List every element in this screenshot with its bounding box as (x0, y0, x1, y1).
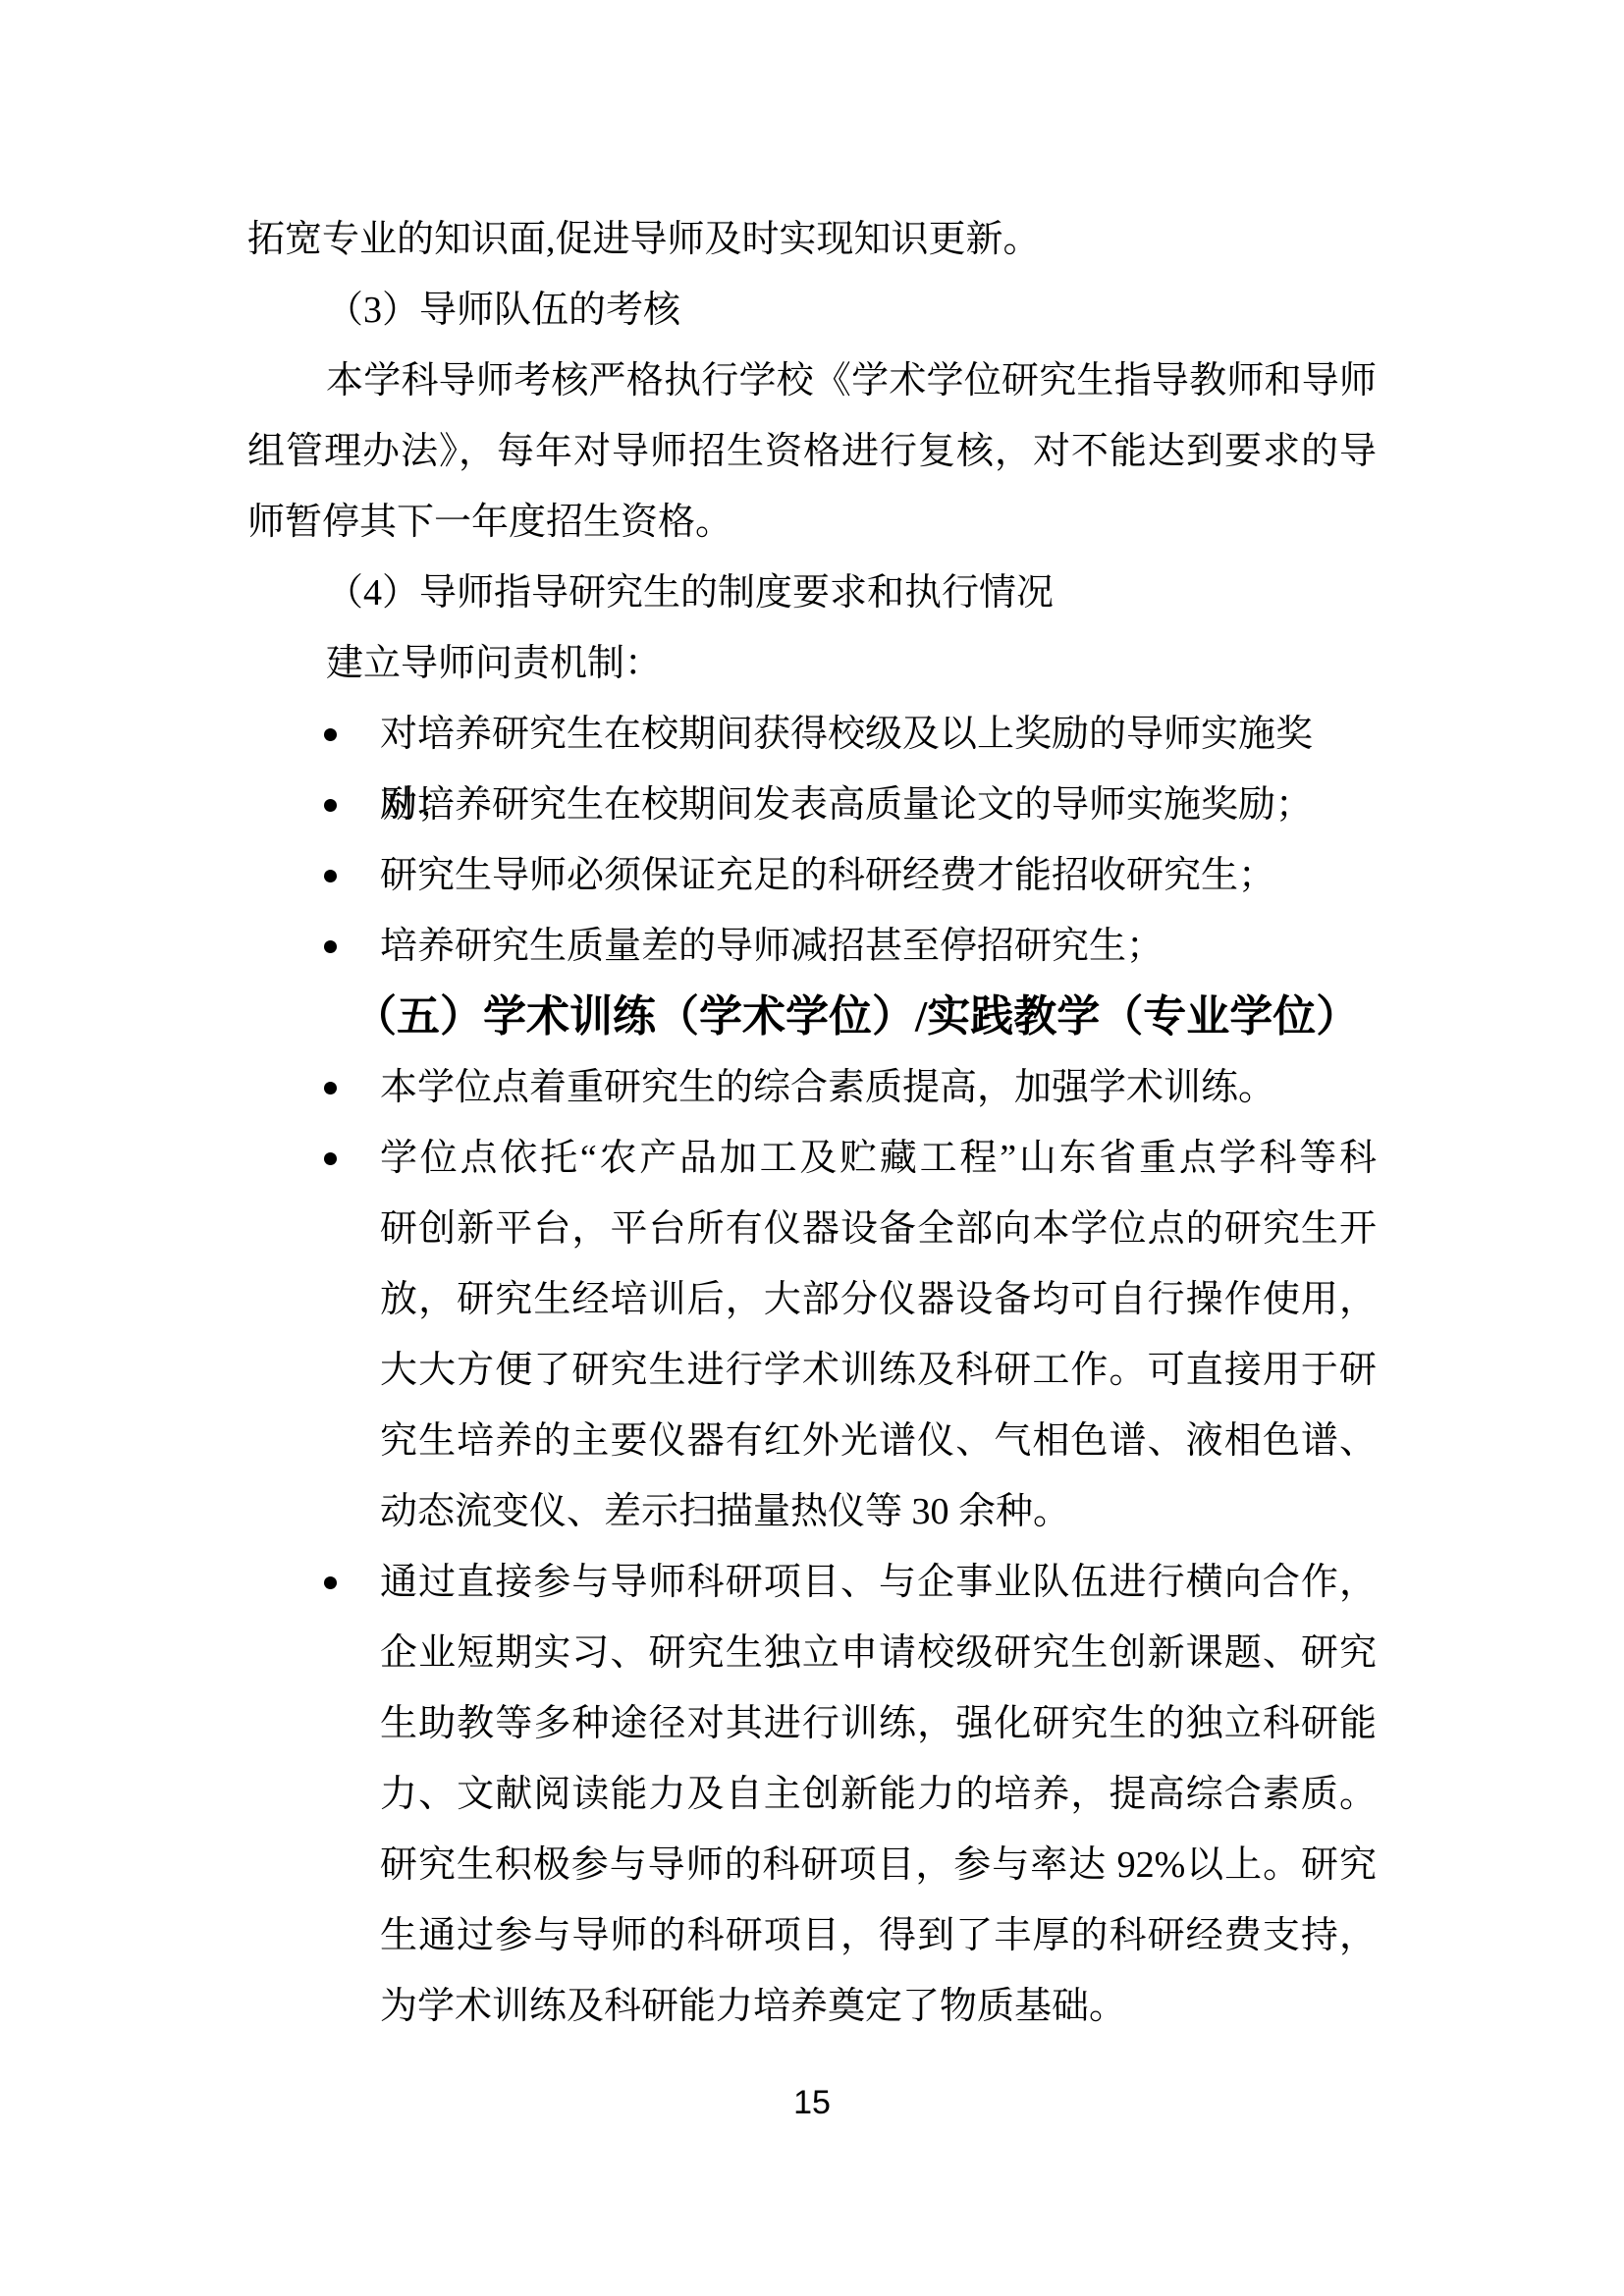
list-item-continuation: 研究生积极参与导师的科研项目，参与率达 92%以上。研究 (247, 1830, 1377, 1900)
document-page: 拓宽专业的知识面,促进导师及时实现知识更新。 （3）导师队伍的考核 本学科导师考… (0, 0, 1624, 2296)
paragraph-continuation-line: 拓宽专业的知识面,促进导师及时实现知识更新。 (247, 204, 1377, 275)
bullet-icon (324, 728, 337, 741)
bullet-icon (324, 1576, 337, 1589)
subheading-item-3: （3）导师队伍的考核 (247, 275, 1377, 346)
list-item-text: 本学位点着重研究生的综合素质提高，加强学术训练。 (380, 1067, 1275, 1108)
bullet-icon (324, 940, 337, 953)
bullet-icon (324, 1082, 337, 1095)
list-item-text: 学位点依托“农产品加工及贮藏工程”山东省重点学科等科 (380, 1138, 1377, 1179)
list-item-continuation: 研创新平台，平台所有仪器设备全部向本学位点的研究生开 (247, 1194, 1377, 1264)
list-item: 对培养研究生在校期间获得校级及以上奖励的导师实施奖励； (247, 699, 1377, 770)
bullet-icon (324, 870, 337, 882)
page-number: 15 (0, 2075, 1624, 2130)
list-item-continuation: 大大方便了研究生进行学术训练及科研工作。可直接用于研 (247, 1335, 1377, 1406)
list-item: 培养研究生质量差的导师减招甚至停招研究生； (247, 911, 1377, 982)
list-item-continuation: 力、文献阅读能力及自主创新能力的培养，提高综合素质。 (247, 1759, 1377, 1830)
section-heading-5: （五）学术训练（学术学位）/实践教学（专业学位） (247, 982, 1377, 1052)
paragraph-line: 组管理办法》，每年对导师招生资格进行复核，对不能达到要求的导 (247, 416, 1377, 487)
list-item-continuation: 生助教等多种途径对其进行训练，强化研究生的独立科研能 (247, 1688, 1377, 1759)
list-item: 通过直接参与导师科研项目、与企事业队伍进行横向合作， (247, 1547, 1377, 1618)
subheading-item-4: （4）导师指导研究生的制度要求和执行情况 (247, 558, 1377, 628)
paragraph-line: 建立导师问责机制： (247, 628, 1377, 699)
list-item-text: 通过直接参与导师科研项目、与企事业队伍进行横向合作， (380, 1562, 1377, 1603)
document-content: 拓宽专业的知识面,促进导师及时实现知识更新。 （3）导师队伍的考核 本学科导师考… (247, 204, 1377, 2042)
list-item-text: 培养研究生质量差的导师减招甚至停招研究生； (380, 926, 1164, 967)
list-item-continuation: 究生培养的主要仪器有红外光谱仪、气相色谱、液相色谱、 (247, 1406, 1377, 1476)
list-item-continuation: 放，研究生经培训后，大部分仪器设备均可自行操作使用， (247, 1264, 1377, 1335)
paragraph-line: 本学科导师考核严格执行学校《学术学位研究生指导教师和导师 (247, 346, 1377, 416)
list-item: 研究生导师必须保证充足的科研经费才能招收研究生； (247, 840, 1377, 911)
list-item: 本学位点着重研究生的综合素质提高，加强学术训练。 (247, 1052, 1377, 1123)
list-item-continuation: 动态流变仪、差示扫描量热仪等 30 余种。 (247, 1476, 1377, 1547)
list-item-text: 研究生导师必须保证充足的科研经费才能招收研究生； (380, 855, 1275, 896)
list-item-continuation: 为学术训练及科研能力培养奠定了物质基础。 (247, 1971, 1377, 2042)
list-item: 对培养研究生在校期间发表高质量论文的导师实施奖励； (247, 770, 1377, 840)
list-item-continuation: 生通过参与导师的科研项目，得到了丰厚的科研经费支持， (247, 1900, 1377, 1971)
list-item-text: 对培养研究生在校期间发表高质量论文的导师实施奖励； (380, 784, 1313, 826)
bullet-icon (324, 1152, 337, 1165)
bullet-icon (324, 799, 337, 812)
paragraph-line: 师暂停其下一年度招生资格。 (247, 487, 1377, 558)
list-item: 学位点依托“农产品加工及贮藏工程”山东省重点学科等科 (247, 1123, 1377, 1194)
list-item-continuation: 企业短期实习、研究生独立申请校级研究生创新课题、研究 (247, 1618, 1377, 1688)
